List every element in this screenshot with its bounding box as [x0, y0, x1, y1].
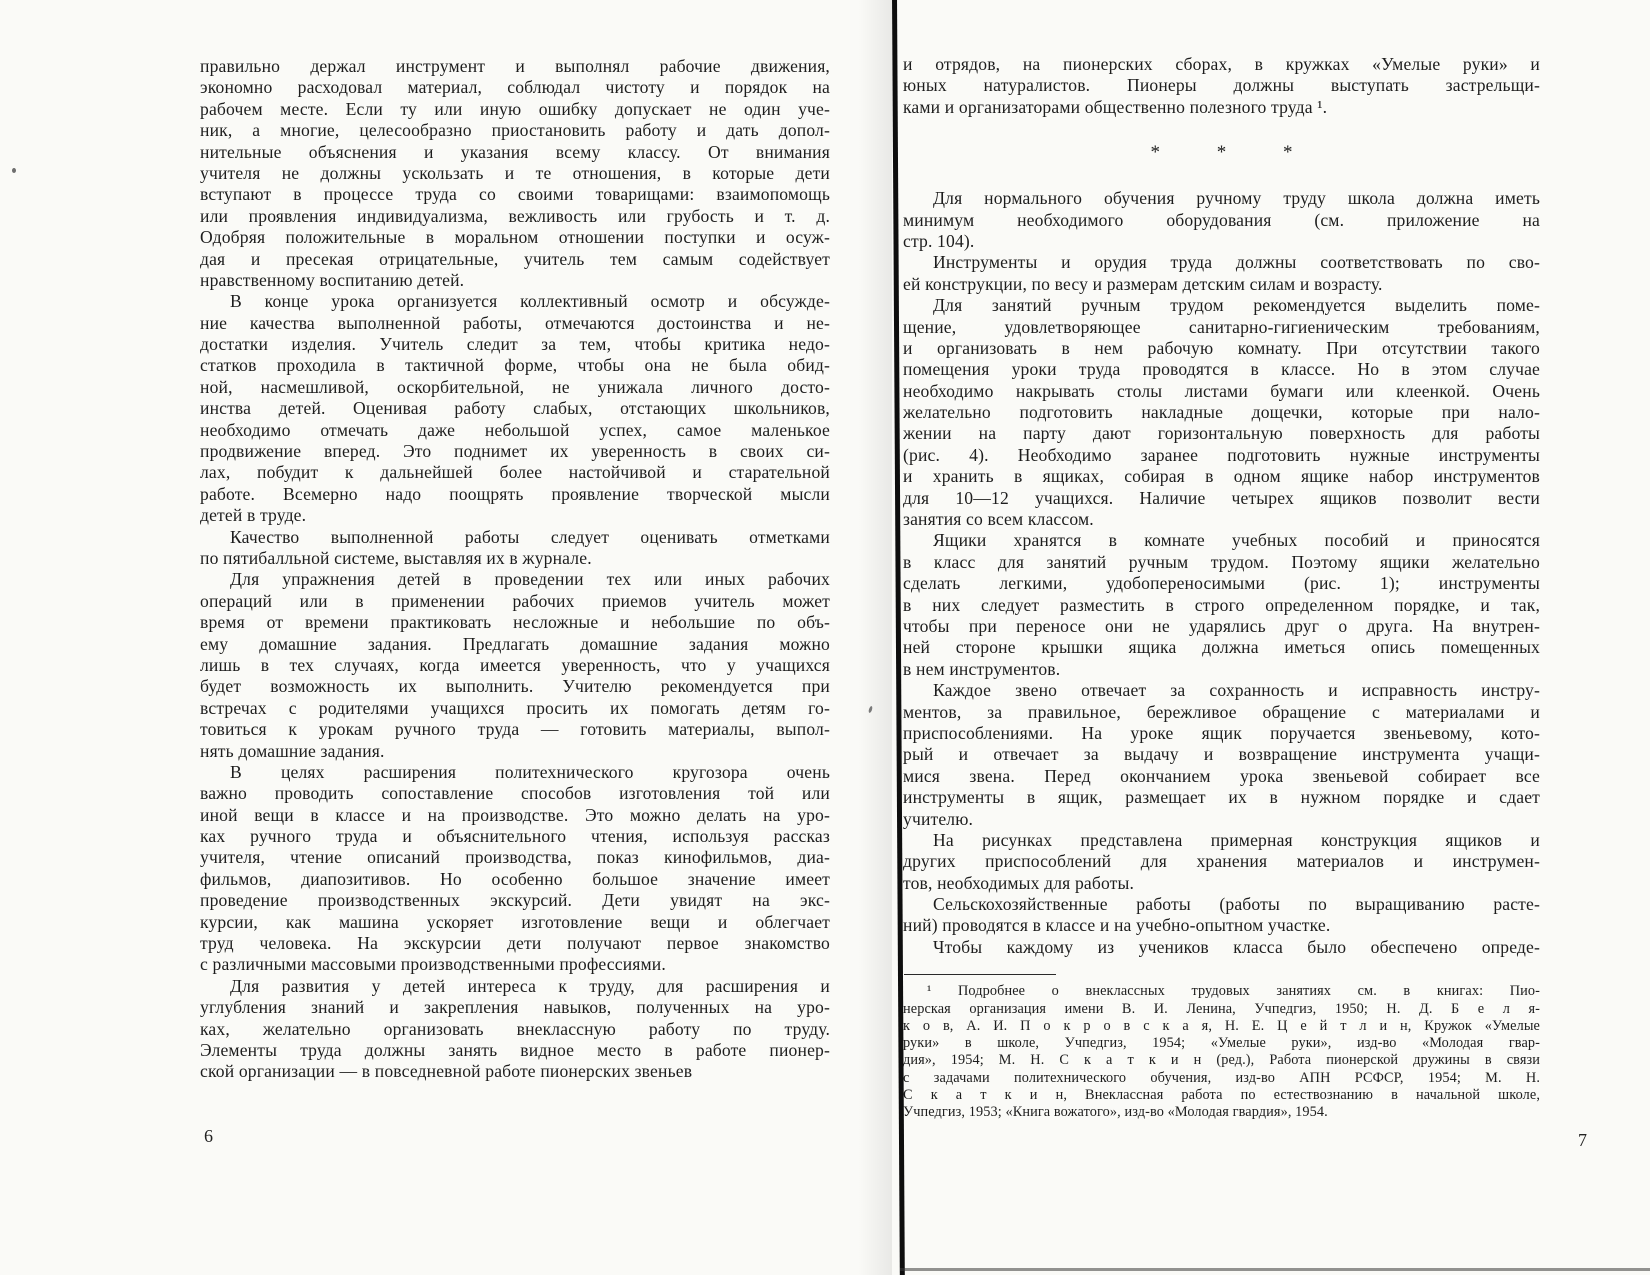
text-line: дия», 1954; М. Н. С к а т к и н (ред.), …: [903, 1052, 1540, 1069]
text-line: (рис. 4). Необходимо заранее подготовить…: [903, 445, 1540, 466]
text-line: достатки изделия. Учитель следит за тем,…: [200, 334, 830, 355]
text-line: ний) проводятся в классе и на учебно-опы…: [903, 915, 1540, 936]
text-line: фильмов, диапозитивов. Но особенно больш…: [200, 869, 830, 890]
scan-speck: [12, 168, 16, 173]
text-line: лишь в тех случаях, когда имеется уверен…: [200, 655, 830, 676]
text-line: инства детей. Оценивая работу слабых, от…: [200, 398, 830, 419]
text-line: дая и пресекая отрицательные, учитель те…: [200, 249, 830, 270]
text-line: учителя, чтение описаний производства, п…: [200, 847, 830, 868]
text-line: желательно подготовить накладные дощечки…: [903, 402, 1540, 423]
text-line: курсии, как машина ускоряет изготовление…: [200, 912, 830, 933]
page-number-right: 7: [1578, 1130, 1587, 1151]
text-line: ей конструкции, по весу и размерам детск…: [903, 274, 1540, 295]
text-line: Чтобы каждому из учеников класса было об…: [903, 937, 1540, 958]
page-number-left: 6: [204, 1126, 213, 1147]
text-line: по пятибалльной системе, выставляя их в …: [200, 548, 830, 569]
text-line: ментов, за правильное, бережливое обраще…: [903, 702, 1540, 723]
text-line: Качество выполненной работы следует оцен…: [200, 527, 830, 548]
text-line: минимум необходимого оборудования (см. п…: [903, 210, 1540, 231]
text-line: Одобряя положительные в моральном отноше…: [200, 227, 830, 248]
text-line: сделать легкими, удобопереносимыми (рис.…: [903, 573, 1540, 594]
text-line: щение, удовлетворяющее санитарно-гигиени…: [903, 317, 1540, 338]
text-line: в них следует разместить в строго опреде…: [903, 595, 1540, 616]
text-line: или проявления индивидуализма, вежливост…: [200, 206, 830, 227]
text-line: время от времени практиковать несложные …: [200, 612, 830, 633]
text-line: Для нормального обучения ручному труду ш…: [903, 188, 1540, 209]
text-line: рабочем месте. Если ту или иную ошибку д…: [200, 99, 830, 120]
text-line: товиться к урокам ручного труда — готови…: [200, 719, 830, 740]
text-line: продвижение вперед. Это поднимет их увер…: [200, 441, 830, 462]
text-line: ками и организаторами общественно полезн…: [903, 97, 1540, 118]
text-line: учителю.: [903, 809, 1540, 830]
text-line: ние качества выполненной работы, отмечаю…: [200, 313, 830, 334]
text-line: детей в труде.: [200, 505, 830, 526]
text-line: Учпедгиз, 1953; «Книга вожатого», изд-во…: [903, 1104, 1540, 1121]
right-page-body: Для нормального обучения ручному труду ш…: [903, 188, 1540, 958]
left-page-text: правильно держал инструмент и выполнял р…: [200, 56, 830, 1083]
text-line: ник, а многие, целесообразно приостанови…: [200, 120, 830, 141]
text-line: На рисунках представлена примерная конст…: [903, 830, 1540, 851]
text-line: Сельскохозяйственные работы (работы по в…: [903, 894, 1540, 915]
text-line: Ящики хранятся в комнате учебных пособий…: [903, 530, 1540, 551]
text-line: Для развития у детей интереса к труду, д…: [200, 976, 830, 997]
text-line: к о в, А. И. П о к р о в с к а я, Н. Е. …: [903, 1018, 1540, 1035]
text-line: статков проходила в тактичной форме, что…: [200, 355, 830, 376]
section-separator-asterisks: * * *: [903, 118, 1540, 188]
text-line: углубления знаний и закрепления навыков,…: [200, 997, 830, 1018]
text-line: помещения уроки труда проводятся в класс…: [903, 359, 1540, 380]
text-line: ках, желательно организовать внеклассную…: [200, 1019, 830, 1040]
text-line: чтобы при переносе они не ударялись друг…: [903, 616, 1540, 637]
text-line: труд человека. На экскурсии дети получаю…: [200, 933, 830, 954]
footnote-text: ¹ Подробнее о внеклассных трудовых занят…: [903, 983, 1540, 1121]
book-spread: правильно держал инструмент и выполнял р…: [0, 0, 1650, 1275]
text-line: других приспособлений для хранения матер…: [903, 851, 1540, 872]
text-line: нерская организация имени В. И. Ленина, …: [903, 1001, 1540, 1018]
text-line: рый и отвечает за выдачу и возвращение и…: [903, 744, 1540, 765]
right-page-intro: и отрядов, на пионерских сборах, в кружк…: [903, 54, 1540, 118]
text-line: операций или в применении рабочих приемо…: [200, 591, 830, 612]
text-line: нравственному воспитанию детей.: [200, 270, 830, 291]
text-line: проведение производственных экскурсий. Д…: [200, 890, 830, 911]
text-line: руки» в школе, Учпедгиз, 1954; «Умелые р…: [903, 1035, 1540, 1052]
gutter-shadow: [858, 0, 892, 1275]
text-line: ¹ Подробнее о внеклассных трудовых занят…: [903, 983, 1540, 1000]
text-line: тов, необходимых для работы.: [903, 873, 1540, 894]
text-line: мися звена. Перед окончанием урока звень…: [903, 766, 1540, 787]
text-line: ему домашние задания. Предлагать домашни…: [200, 634, 830, 655]
text-line: иной вещи в классе и на производстве. Эт…: [200, 805, 830, 826]
text-line: Каждое звено отвечает за сохранность и и…: [903, 680, 1540, 701]
text-line: ной, насмешливой, оскорбительной, не уни…: [200, 377, 830, 398]
text-line: Элементы труда должны занять видное мест…: [200, 1040, 830, 1061]
text-line: Для упражнения детей в проведении тех ил…: [200, 569, 830, 590]
text-line: правильно держал инструмент и выполнял р…: [200, 56, 830, 77]
text-line: приспособлениями. На уроке ящик поручает…: [903, 723, 1540, 744]
text-line: необходимо отмечать даже небольшой успех…: [200, 420, 830, 441]
text-line: Инструменты и орудия труда должны соотве…: [903, 252, 1540, 273]
text-line: и хранить в ящиках, собирая в одном ящик…: [903, 466, 1540, 487]
text-line: ней стороне крышки ящика должна иметься …: [903, 637, 1540, 658]
text-line: инструменты в ящик, размещает их в нужно…: [903, 787, 1540, 808]
text-line: жении на парту дают горизонтальную повер…: [903, 423, 1540, 444]
text-line: стр. 104).: [903, 231, 1540, 252]
text-line: будет возможность их выполнить. Учителю …: [200, 676, 830, 697]
text-line: необходимо накрывать столы листами бумаг…: [903, 381, 1540, 402]
text-line: с различными массовыми производственными…: [200, 954, 830, 975]
text-line: С к а т к и н, Внеклассная работа по ест…: [903, 1087, 1540, 1104]
text-line: учителя не должны ускользать и те отноше…: [200, 163, 830, 184]
text-line: и отрядов, на пионерских сборах, в кружк…: [903, 54, 1540, 75]
text-line: нительные объяснения и указания всему кл…: [200, 142, 830, 163]
text-line: В целях расширения политехнического круг…: [200, 762, 830, 783]
text-line: нять домашние задания.: [200, 741, 830, 762]
text-line: и организовать в нем рабочую комнату. Пр…: [903, 338, 1540, 359]
text-line: юных натуралистов. Пионеры должны выступ…: [903, 75, 1540, 96]
text-line: В конце урока организуется коллективный …: [200, 291, 830, 312]
footnote-rule: [904, 974, 1056, 975]
text-line: для 10—12 учащихся. Наличие четырех ящик…: [903, 488, 1540, 509]
text-line: встречах с родителями учащихся просить и…: [200, 698, 830, 719]
text-line: лах, побудит к дальнейшей более настойчи…: [200, 462, 830, 483]
page-bottom-edge: [900, 1268, 1650, 1271]
text-line: вступают в процессе труда со своими това…: [200, 184, 830, 205]
text-line: ках ручного труда и объяснительного чтен…: [200, 826, 830, 847]
text-line: Для занятий ручным трудом рекомендуется …: [903, 295, 1540, 316]
text-line: ской организации — в повседневной работе…: [200, 1061, 830, 1082]
text-line: с задачами политехнического обучения, из…: [903, 1070, 1540, 1087]
text-line: работе. Всемерно надо поощрять проявлени…: [200, 484, 830, 505]
text-line: важно проводить сопоставление способов и…: [200, 783, 830, 804]
text-line: занятия со всем классом.: [903, 509, 1540, 530]
text-line: в нем инструментов.: [903, 659, 1540, 680]
right-page-text: и отрядов, на пионерских сборах, в кружк…: [903, 54, 1540, 1122]
text-line: экономно расходовал материал, соблюдал ч…: [200, 77, 830, 98]
text-line: в класс для занятий ручным трудом. Поэто…: [903, 552, 1540, 573]
